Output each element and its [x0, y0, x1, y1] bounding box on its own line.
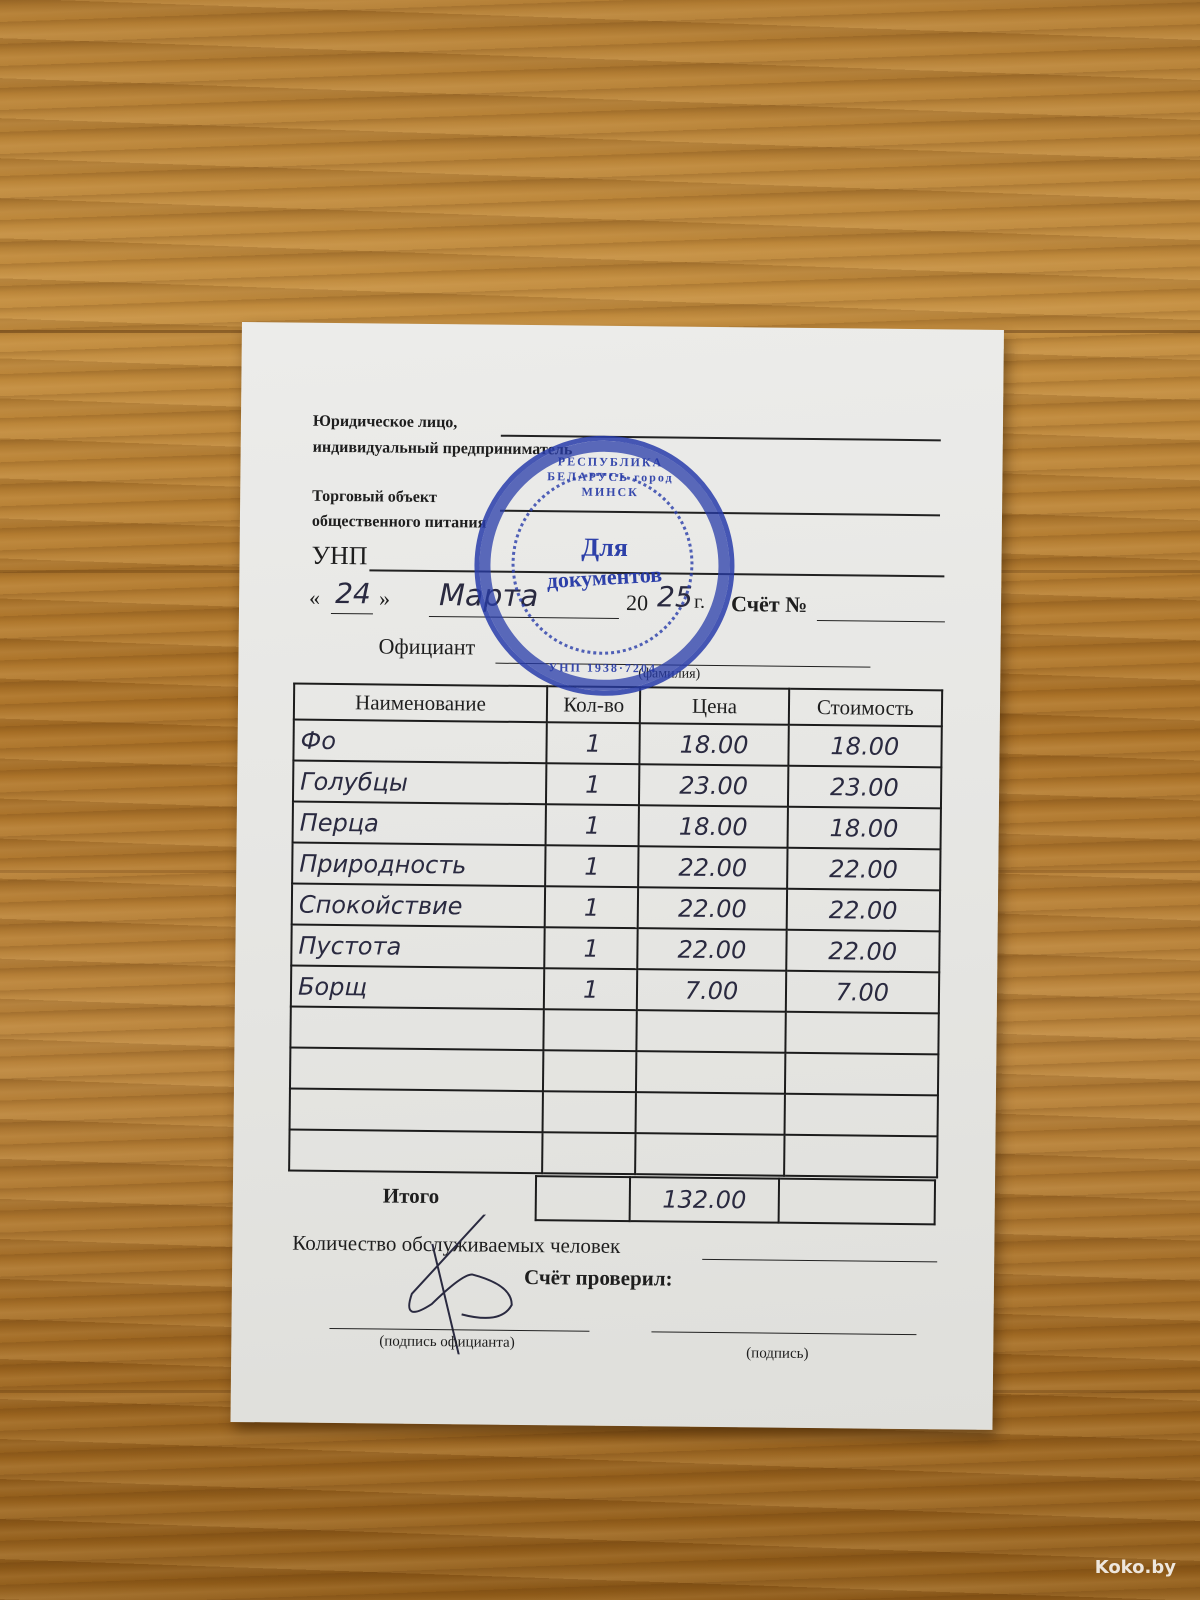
item-qty: 1	[546, 722, 640, 764]
date-day: 24	[335, 577, 371, 610]
table-row: Природность122.0022.00	[292, 843, 940, 891]
item-name: Спокойствие	[292, 884, 545, 928]
item-cost: 23.00	[788, 766, 942, 809]
signature-label: (подпись)	[746, 1345, 808, 1363]
item-cost: 22.00	[786, 930, 940, 973]
item-price: 22.00	[638, 928, 787, 971]
item-name	[290, 1048, 543, 1092]
item-name	[289, 1130, 542, 1174]
item-cost: 18.00	[787, 807, 941, 850]
item-cost	[785, 1012, 939, 1055]
item-qty: 1	[544, 968, 638, 1010]
receipt-paper: Юридическое лицо, индивидуальный предпри…	[230, 322, 1003, 1430]
item-name	[290, 1007, 543, 1051]
legal-entity-label: Юридическое лицо,	[313, 413, 458, 433]
item-name: Фо	[293, 720, 546, 764]
item-cost: 22.00	[786, 889, 940, 932]
checker-signature-line	[651, 1331, 916, 1335]
total-label: Итого	[383, 1184, 440, 1210]
table-row: Фо118.0018.00	[293, 720, 941, 768]
item-cost	[784, 1053, 938, 1096]
table-row: Перца118.0018.00	[293, 802, 941, 850]
total-row: 132.00	[535, 1175, 936, 1225]
item-qty	[543, 1050, 637, 1092]
date-close-quote: »	[379, 585, 390, 611]
guests-count-line	[702, 1259, 937, 1262]
item-qty	[543, 1009, 637, 1051]
waiter-label: Официант	[378, 633, 475, 660]
date-open-quote: «	[309, 585, 320, 611]
total-price: 132.00	[630, 1177, 779, 1223]
table-row: Пустота122.0022.00	[291, 925, 939, 973]
table-row: Голубцы123.0023.00	[293, 761, 941, 809]
item-cost: 7.00	[785, 971, 939, 1014]
company-stamp: РЕСПУБЛИКА БЕЛАРУСЬ город МИНСК Для доку…	[473, 434, 736, 697]
date-day-line	[331, 613, 373, 614]
header-price: Цена	[640, 687, 788, 725]
unp-label: УНП	[311, 541, 367, 572]
table-row	[289, 1130, 937, 1178]
stamp-ring-text: РЕСПУБЛИКА БЕЛАРУСЬ город МИНСК	[540, 454, 680, 500]
item-price: 7.00	[637, 969, 786, 1012]
item-price: 22.00	[638, 887, 787, 930]
order-items-table: Наименование Кол-во Цена Стоимость Фо118…	[288, 683, 943, 1179]
invoice-number-line	[817, 620, 945, 622]
waiter-signature-label: (подпись официанта)	[379, 1333, 515, 1351]
item-price	[636, 1051, 785, 1094]
item-cost: 18.00	[788, 725, 942, 768]
item-qty	[542, 1132, 636, 1174]
item-qty: 1	[546, 763, 640, 805]
table-row	[290, 1089, 938, 1137]
item-price	[636, 1133, 785, 1176]
item-cost	[784, 1094, 938, 1137]
item-name: Борщ	[291, 966, 544, 1010]
item-cost	[784, 1135, 938, 1178]
item-qty: 1	[545, 886, 639, 928]
stamp-unp-text: УНП 1938·7204	[548, 660, 657, 676]
trade-object-label: Торговый объект	[312, 488, 437, 507]
item-name: Пустота	[291, 925, 544, 969]
item-price: 18.00	[640, 723, 789, 766]
item-price	[636, 1092, 785, 1135]
item-price	[637, 1010, 786, 1053]
item-name: Перца	[293, 802, 546, 846]
item-name: Природность	[292, 843, 545, 887]
total-cost	[779, 1179, 935, 1225]
item-cost: 22.00	[787, 848, 941, 891]
item-price: 22.00	[639, 846, 788, 889]
item-name	[290, 1089, 543, 1133]
invoice-number-label: Счёт №	[731, 591, 807, 618]
item-qty: 1	[544, 927, 638, 969]
item-price: 18.00	[639, 805, 788, 848]
item-price: 23.00	[639, 764, 788, 807]
table-row	[290, 1007, 938, 1055]
table-row: Борщ17.007.00	[291, 966, 939, 1014]
table-row: Спокойствие122.0022.00	[292, 884, 940, 932]
watermark-logo: Koko.by	[1095, 1557, 1176, 1578]
header-name: Наименование	[294, 684, 547, 723]
item-qty: 1	[546, 804, 640, 846]
item-qty: 1	[545, 845, 639, 887]
item-qty	[543, 1091, 637, 1133]
header-cost: Стоимость	[788, 689, 942, 727]
table-row	[290, 1048, 938, 1096]
catering-label: общественного питания	[312, 513, 487, 533]
item-name: Голубцы	[293, 761, 546, 805]
